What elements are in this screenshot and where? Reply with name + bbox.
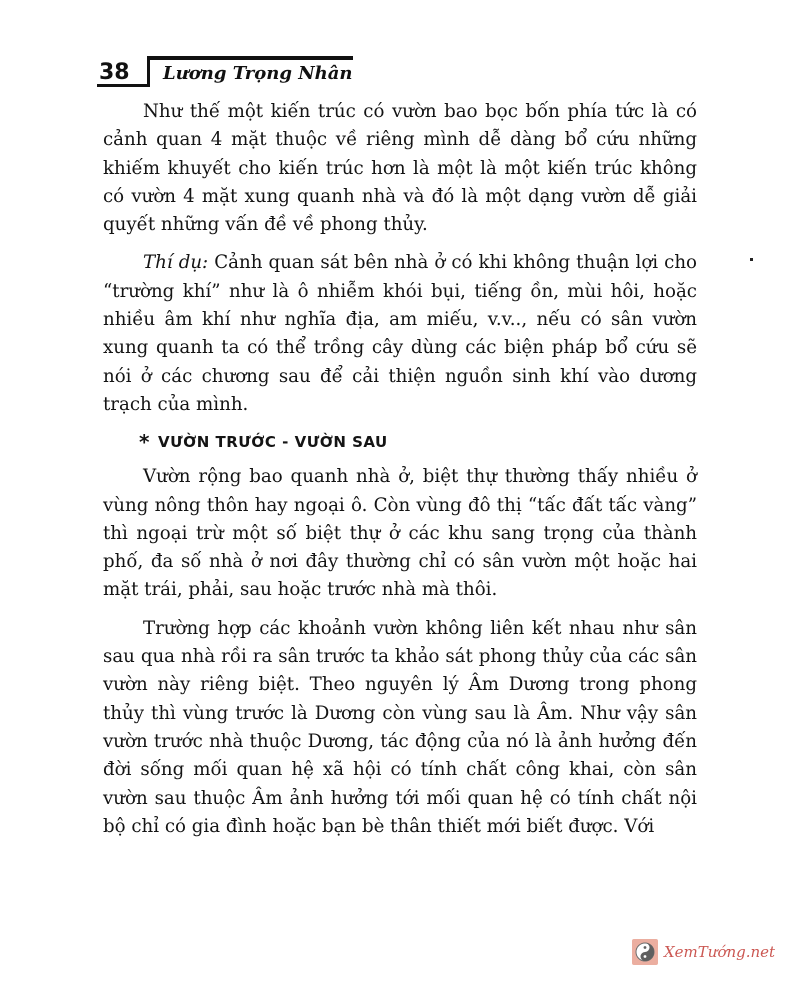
section-heading-text: Vườn trước - Vườn sau bbox=[158, 433, 388, 451]
scan-artifact-dot bbox=[750, 258, 753, 261]
paragraph-2: Thí dụ: Cảnh quan sát bên nhà ở có khi k… bbox=[103, 249, 697, 419]
watermark-logo: XemTướng.net bbox=[632, 939, 775, 965]
paragraph-3: Vườn rộng bao quanh nhà ở, biệt thự thườ… bbox=[103, 463, 697, 604]
header-rule-vertical bbox=[147, 57, 150, 87]
asterisk-bullet-icon: * bbox=[139, 430, 150, 454]
running-title: Lương Trọng Nhân bbox=[163, 63, 353, 84]
watermark-text: XemTướng.net bbox=[664, 943, 775, 961]
section-heading: *Vườn trước - Vườn sau bbox=[103, 429, 697, 455]
header-rule-top bbox=[147, 56, 353, 60]
example-lead: Thí dụ: bbox=[143, 252, 208, 273]
paragraph-1: Như thế một kiến trúc có vườn bao bọc bố… bbox=[103, 98, 697, 239]
page-number: 38 bbox=[99, 60, 130, 85]
body-text: Như thế một kiến trúc có vườn bao bọc bố… bbox=[103, 98, 697, 841]
paragraph-2-text: Cảnh quan sát bên nhà ở có khi không thu… bbox=[103, 252, 697, 414]
page-header: 38 Lương Trọng Nhân bbox=[97, 50, 357, 90]
paragraph-4: Trường hợp các khoảnh vườn không liên kế… bbox=[103, 615, 697, 841]
yin-yang-icon bbox=[632, 939, 658, 965]
